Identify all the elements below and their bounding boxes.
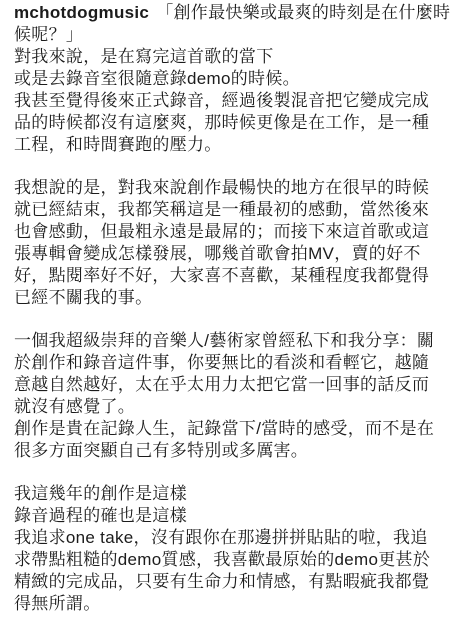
caption-line: 也會感動，但最粗永遠是最屌的；而接下來這首歌或這 <box>14 221 445 243</box>
caption-text: 「創作最快樂或最爽的時刻是在什麼時 <box>156 3 450 22</box>
caption-line: mchotdogmusic「創作最快樂或最爽的時刻是在什麼時 <box>14 2 445 24</box>
caption-line: 創作是貴在記錄人生，記錄當下/當時的感受，而不是在 <box>14 418 445 440</box>
post-caption: mchotdogmusic「創作最快樂或最爽的時刻是在什麼時 候呢？」 對我來說… <box>0 0 450 615</box>
caption-line: 品的時候都沒有這麼爽，那時候更像是在工作，是一種 <box>14 112 445 134</box>
caption-line: 一個我超級崇拜的音樂人/藝術家曾經私下和我分享：關 <box>14 330 445 352</box>
caption-line: 我追求one take，沒有跟你在那邊拼拼貼貼的啦，我追 <box>14 527 445 549</box>
caption-paragraph: 一個我超級崇拜的音樂人/藝術家曾經私下和我分享：關 於創作和錄音這件事，你要無比… <box>14 330 445 462</box>
caption-line: 工程，和時間賽跑的壓力。 <box>14 134 445 156</box>
caption-line: 意越自然越好，太在乎太用力太把它當一回事的話反而 <box>14 374 445 396</box>
caption-line: 張專輯會變成怎樣發展，哪幾首歌會拍MV，賣的好不 <box>14 243 445 265</box>
caption-line: 精緻的完成品，只要有生命力和情感，有點暇疵我都覺 <box>14 571 445 593</box>
caption-line: 已經不關我的事。 <box>14 287 445 309</box>
username-link[interactable]: mchotdogmusic <box>14 3 149 22</box>
caption-line: 我這幾年的創作是這樣 <box>14 483 445 505</box>
caption-line: 候呢？」 <box>14 24 445 46</box>
caption-line: 於創作和錄音這件事，你要無比的看淡和看輕它，越隨 <box>14 352 445 374</box>
caption-line: 就已經結束，我都笑稱這是一種最初的感動，當然後來 <box>14 199 445 221</box>
caption-line: 我甚至覺得後來正式錄音，經過後製混音把它變成完成 <box>14 90 445 112</box>
caption-paragraph: 我想說的是，對我來說創作最暢快的地方在很早的時候 就已經結束，我都笑稱這是一種最… <box>14 177 445 309</box>
caption-paragraph: 我這幾年的創作是這樣 錄音過程的確也是這樣 我追求one take，沒有跟你在那… <box>14 483 445 615</box>
caption-line: 或是去錄音室很隨意錄demo的時候。 <box>14 68 445 90</box>
caption-paragraph: mchotdogmusic「創作最快樂或最爽的時刻是在什麼時 候呢？」 對我來說… <box>14 2 445 156</box>
caption-line: 就沒有感覺了。 <box>14 396 445 418</box>
caption-line: 好，點閱率好不好，大家喜不喜歡，某種程度我都覺得 <box>14 265 445 287</box>
caption-line: 很多方面突顯自己有多特別或多厲害。 <box>14 440 445 462</box>
caption-line: 對我來說，是在寫完這首歌的當下 <box>14 46 445 68</box>
caption-line: 求帶點粗糙的demo質感，我喜歡最原始的demo更甚於 <box>14 549 445 571</box>
caption-line: 錄音過程的確也是這樣 <box>14 505 445 527</box>
caption-line: 我想說的是，對我來說創作最暢快的地方在很早的時候 <box>14 177 445 199</box>
caption-line: 得無所謂。 <box>14 593 445 615</box>
